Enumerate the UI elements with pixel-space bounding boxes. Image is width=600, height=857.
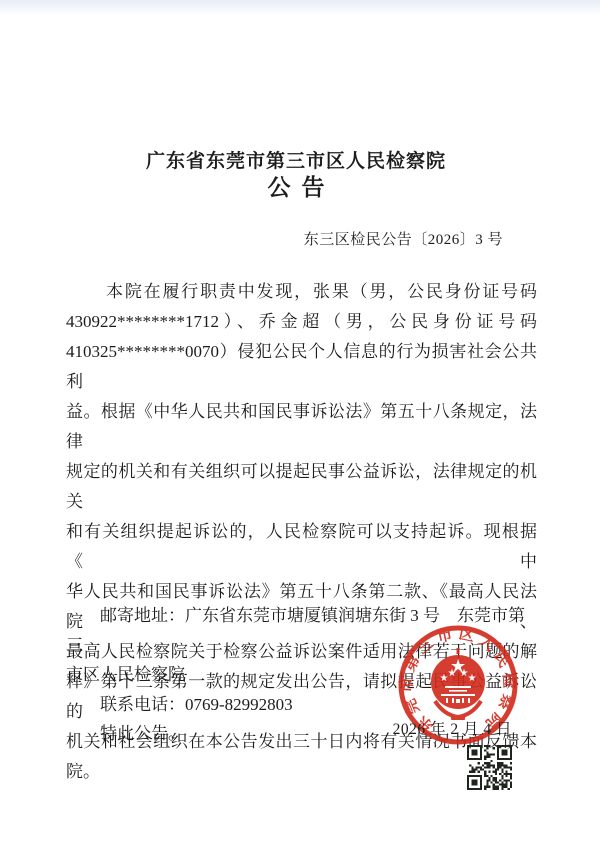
issue-date: 2026 年 2 月 4 日 <box>393 717 512 739</box>
body-line: 本院在履行职责中发现，张果（男，公民身份证号码 <box>66 277 537 307</box>
qr-code <box>467 745 512 790</box>
body-line: 410325********0070）侵犯公民个人信息的行为损害社会公共利 <box>66 337 537 397</box>
small-star-icon: ★ <box>468 673 477 684</box>
body-line: 430922********1712）、乔金超（男，公民身份证号码 <box>66 307 537 337</box>
body-line: 和有关组织提起诉讼的，人民检察院可以支持起诉。现根据《中 <box>66 517 537 577</box>
doc-type-title-text: 公告 <box>257 169 336 202</box>
doc-number: 东三区检民公告〔2026〕3 号 <box>304 228 503 249</box>
body-line: 规定的机关和有关组织可以提起民事公益诉讼，法律规定的机关 <box>66 457 537 517</box>
small-star-icon: ★ <box>448 668 457 679</box>
document-page: 广东省东莞市第三市区人民检察院 公告 东三区检民公告〔2026〕3 号 本院在履… <box>0 0 600 857</box>
doc-type-title: 公告 <box>0 169 592 202</box>
body-line: 益。根据《中华人民共和国民事诉讼法》第五十八条规定，法律 <box>66 397 537 457</box>
scan-artifact <box>0 0 600 16</box>
